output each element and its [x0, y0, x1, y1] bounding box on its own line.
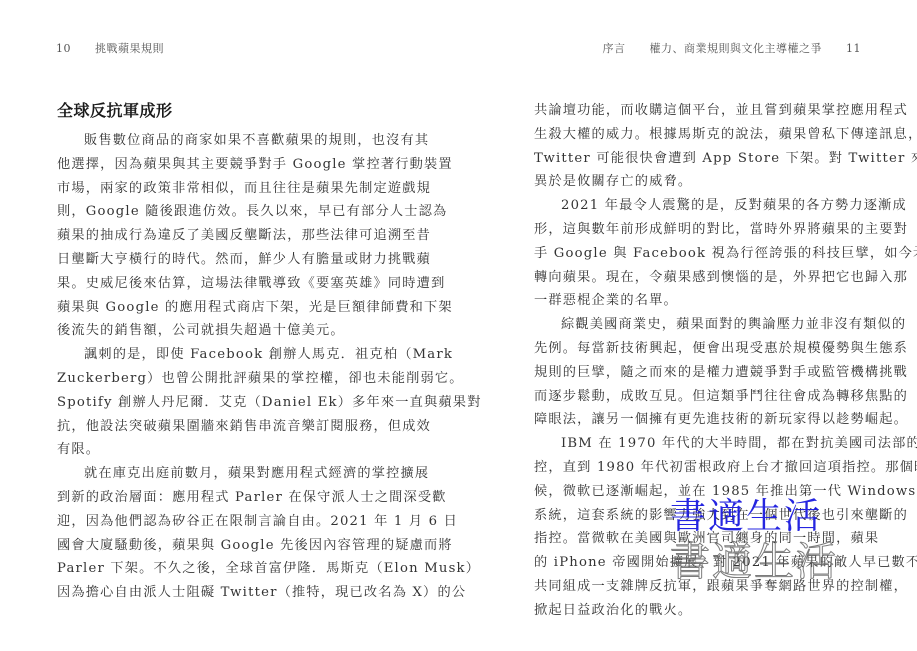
left-body-text: 販售數位商品的商家如果不喜歡蘋果的規則，也沒有其他選擇，因為蘋果與其主要競爭對手… — [57, 129, 382, 605]
text-line: 共論壇功能，而收購這個平台，並且嘗到蘋果掌控應用程式 — [534, 99, 859, 123]
chapter-title: 權力、商業規則與文化主導權之爭 — [650, 42, 823, 55]
right-page: 序言 權力、商業規則與文化主導權之爭 11 共論壇功能，而收購這個平台，並且嘗到… — [458, 0, 917, 651]
text-line: 因為擔心自由派人士阻礙 Twitter（推特，現已改名為 X）的公 — [57, 581, 382, 605]
text-line: 一群惡棍企業的名單。 — [534, 289, 859, 313]
chapter-label: 序言 — [603, 42, 626, 55]
left-running-head: 10 挑戰蘋果規則 — [56, 40, 164, 56]
text-line: 蘋果的抽成行為違反了美國反壟斷法，那些法律可追溯至昔 — [57, 224, 382, 248]
text-line: 販售數位商品的商家如果不喜歡蘋果的規則，也沒有其 — [57, 129, 382, 153]
text-line: 生殺大權的威力。根據馬斯克的說法，蘋果曾私下傳達訊息， — [534, 123, 859, 147]
text-line: 共同組成一支雜牌反抗軍，跟蘋果爭奪網路世界的控制權， — [534, 575, 859, 599]
text-line: 有限。 — [57, 438, 382, 462]
text-line: 的 iPhone 帝國開始擴展。對 2021 年蘋果的敵人早已數不清， — [534, 551, 859, 575]
text-line: 先例。每當新技術興起，便會出現受惠於規模優勢與生態系 — [534, 337, 859, 361]
text-line: IBM 在 1970 年代的大半時間，都在對抗美國司法部的指 — [534, 432, 859, 456]
text-line: 則，Google 隨後跟進仿效。長久以來，早已有部分人士認為 — [57, 200, 382, 224]
text-line: 掀起日益政治化的戰火。 — [534, 599, 859, 623]
text-line: 後流失的銷售額，公司就損失超過十億美元。 — [57, 319, 382, 343]
text-line: Twitter 可能很快會遭到 App Store 下架。對 Twitter 來… — [534, 147, 859, 171]
right-page-number: 11 — [846, 42, 861, 55]
text-line: 指控。當微軟在美國與歐洲官司纏身的同一時間，蘋果 — [534, 527, 859, 551]
text-line: 諷刺的是，即使 Facebook 創辦人馬克．祖克柏（Mark — [57, 343, 382, 367]
text-line: Parler 下架。不久之後，全球首富伊隆．馬斯克（Elon Musk） — [57, 557, 382, 581]
text-line: 綜觀美國商業史，蘋果面對的輿論壓力並非沒有類似的 — [534, 313, 859, 337]
text-line: Zuckerberg）也曾公開批評蘋果的掌控權，卻也未能削弱它。 — [57, 367, 382, 391]
text-line: 異於是攸關存亡的威脅。 — [534, 170, 859, 194]
text-line: 就在庫克出庭前數月，蘋果對應用程式經濟的掌控擴展 — [57, 462, 382, 486]
text-line: 他選擇，因為蘋果與其主要競爭對手 Google 掌控著行動裝置 — [57, 153, 382, 177]
text-line: 2021 年最令人震驚的是，反對蘋果的各方勢力逐漸成 — [534, 194, 859, 218]
text-line: 抗，他設法突破蘋果圍牆來銷售串流音樂訂閱服務，但成效 — [57, 415, 382, 439]
left-page-number: 10 — [56, 42, 71, 55]
text-line: 蘋果與 Google 的應用程式商店下架，光是巨額律師費和下架 — [57, 296, 382, 320]
right-running-head: 序言 權力、商業規則與文化主導權之爭 11 — [603, 40, 862, 56]
book-title: 挑戰蘋果規則 — [95, 42, 164, 55]
text-line: 障眼法，讓另一個擁有更先進技術的新玩家得以趁勢崛起。 — [534, 408, 859, 432]
text-line: 控，直到 1980 年代初雷根政府上台才撤回這項指控。那個時 — [534, 456, 859, 480]
right-body-text: 共論壇功能，而收購這個平台，並且嘗到蘋果掌控應用程式生殺大權的威力。根據馬斯克的… — [534, 99, 859, 623]
text-line: 日壟斷大亨橫行的時代。然而，鮮少人有膽量或財力挑戰蘋 — [57, 248, 382, 272]
text-line: 候，微軟已逐漸崛起，並在 1985 年推出第一代 Windows 作業 — [534, 480, 859, 504]
text-line: 迎，因為他們認為矽谷正在限制言論自由。2021 年 1 月 6 日 — [57, 510, 382, 534]
text-line: 手 Google 與 Facebook 視為行徑誇張的科技巨擘，如今矛頭已 — [534, 242, 859, 266]
text-line: 而逐步鬆動，成敗互見。但這類爭鬥往往會成為轉移焦點的 — [534, 385, 859, 409]
text-line: 國會大廈騷動後，蘋果與 Google 先後因內容管理的疑慮而將 — [57, 534, 382, 558]
text-line: 系統，這套系統的影響力強大到在一個世代後也引來壟斷的 — [534, 504, 859, 528]
text-line: 果。史威尼後來估算，這場法律戰導致《要塞英雄》同時遭到 — [57, 272, 382, 296]
text-line: 規則的巨擘，隨之而來的是權力遭競爭對手或監管機構挑戰 — [534, 361, 859, 385]
text-line: 形，這與數年前形成鮮明的對比，當時外界將蘋果的主要對 — [534, 218, 859, 242]
left-page: 10 挑戰蘋果規則 全球反抗軍成形 販售數位商品的商家如果不喜歡蘋果的規則，也沒… — [0, 0, 458, 651]
text-line: 市場，兩家的政策非常相似，而且往往是蘋果先制定遊戲規 — [57, 177, 382, 201]
text-line: 到新的政治層面：應用程式 Parler 在保守派人士之間深受歡 — [57, 486, 382, 510]
text-line: Spotify 創辦人丹尼爾．艾克（Daniel Ek）多年來一直與蘋果對 — [57, 391, 382, 415]
section-title: 全球反抗軍成形 — [57, 98, 173, 121]
text-line: 轉向蘋果。現在，令蘋果感到懊惱的是，外界把它也歸入那 — [534, 266, 859, 290]
